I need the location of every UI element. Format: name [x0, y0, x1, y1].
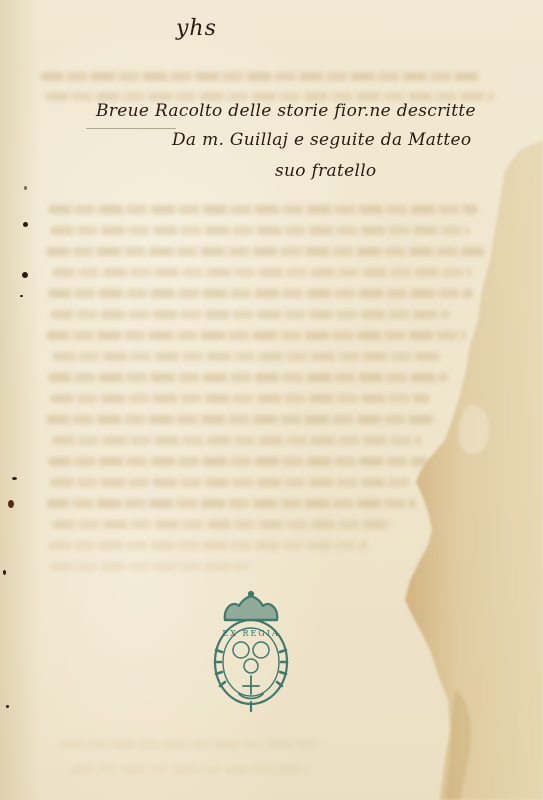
title-line-2: Da m. Guillaj e seguite da Matteo [172, 130, 471, 150]
manuscript-page: yhs Breue Racolto delle storie fior.ne d… [0, 0, 543, 800]
invocation-ihs: yhs [176, 16, 217, 41]
title-line-3: suo fratello [275, 161, 376, 181]
library-stamp: EX REGIA [203, 590, 299, 712]
stamp-label: EX REGIA [222, 629, 279, 638]
title-line-1: Breue Racolto delle storie fior.ne descr… [96, 101, 476, 121]
title-flourish [86, 128, 176, 129]
